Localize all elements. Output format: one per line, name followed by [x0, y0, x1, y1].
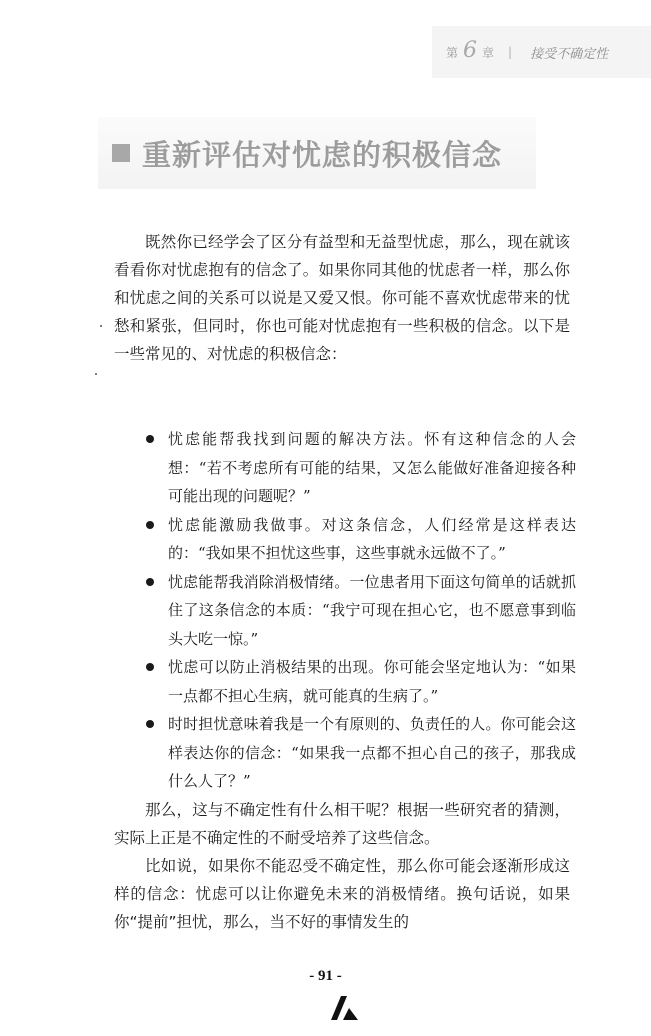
list-item: 时时担忧意味着我是一个有原则的、负责任的人。你可能会这样表达你的信念：“如果我一… — [146, 710, 576, 796]
belief-text: 忧虑能激励我做事。对这条信念，人们经常是这样表达的：“我如果不担忧这些事，这些事… — [168, 516, 576, 563]
followup-paragraph-block: 那么，这与不确定性有什么相干呢？根据一些研究者的猜测，实际上正是不确定性的不耐受… — [114, 796, 570, 852]
scan-speck — [100, 325, 102, 327]
square-bullet-icon — [112, 144, 130, 162]
chapter-prefix: 第 — [446, 44, 458, 61]
bullet-icon — [146, 435, 154, 443]
page-number: - 91 - — [0, 968, 651, 985]
bullet-icon — [146, 578, 154, 586]
followup-paragraph-block: 比如说，如果你不能忍受不确定性，那么你可能会逐渐形成这样的信念：忧虑可以让你避免… — [114, 852, 570, 936]
list-item: 忧虑能激励我做事。对这条信念，人们经常是这样表达的：“我如果不担忧这些事，这些事… — [146, 511, 576, 568]
section-heading: 重新评估对忧虑的积极信念 — [98, 117, 536, 189]
list-item: 忧虑能帮我找到问题的解决方法。怀有这种信念的人会想：“若不考虑所有可能的结果，又… — [146, 425, 576, 511]
belief-text: 忧虑可以防止消极结果的出现。你可能会坚定地认为：“如果一点都不担心生病，就可能真… — [168, 658, 576, 705]
beliefs-list: 忧虑能帮我找到问题的解决方法。怀有这种信念的人会想：“若不考虑所有可能的结果，又… — [146, 425, 576, 796]
belief-text: 忧虑能帮我找到问题的解决方法。怀有这种信念的人会想：“若不考虑所有可能的结果，又… — [168, 430, 576, 505]
section-title: 重新评估对忧虑的积极信念 — [142, 133, 502, 174]
publisher-triangle-logo-icon — [330, 994, 360, 1022]
bullet-icon — [146, 663, 154, 671]
chapter-number: 6 — [463, 38, 477, 63]
header-separator: | — [508, 45, 512, 59]
belief-text: 忧虑能帮我消除消极情绪。一位患者用下面这句简单的话就抓住了这条信念的本质：“我宁… — [168, 573, 576, 648]
bullet-icon — [146, 521, 154, 529]
chapter-title: 接受不确定性 — [530, 43, 608, 62]
belief-text: 时时担忧意味着我是一个有原则的、负责任的人。你可能会这样表达你的信念：“如果我一… — [168, 715, 576, 790]
followup-paragraph: 比如说，如果你不能忍受不确定性，那么你可能会逐渐形成这样的信念：忧虑可以让你避免… — [114, 852, 570, 936]
running-header: 第 6 章 | 接受不确定性 — [432, 26, 651, 78]
scan-speck — [95, 373, 97, 375]
list-item: 忧虑可以防止消极结果的出现。你可能会坚定地认为：“如果一点都不担心生病，就可能真… — [146, 653, 576, 710]
bullet-icon — [146, 720, 154, 728]
intro-paragraph-block: 既然你已经学会了区分有益型和无益型忧虑，那么，现在就该看看你对忧虑抱有的信念了。… — [114, 228, 570, 368]
followup-paragraph: 那么，这与不确定性有什么相干呢？根据一些研究者的猜测，实际上正是不确定性的不耐受… — [114, 796, 570, 852]
list-item: 忧虑能帮我消除消极情绪。一位患者用下面这句简单的话就抓住了这条信念的本质：“我宁… — [146, 568, 576, 654]
chapter-suffix: 章 — [482, 44, 494, 61]
intro-paragraph: 既然你已经学会了区分有益型和无益型忧虑，那么，现在就该看看你对忧虑抱有的信念了。… — [114, 228, 570, 368]
